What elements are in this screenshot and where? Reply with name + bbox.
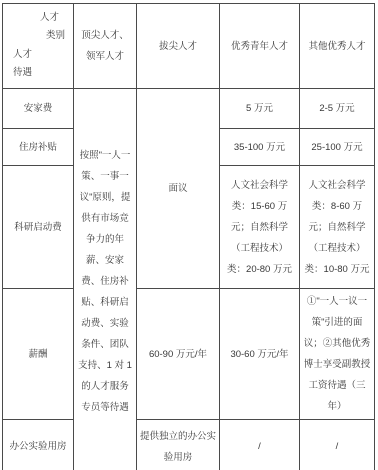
cell-research-young: 人文社会科学类：15-60 万元；自然科学（工程技术）类：20-80 万元 bbox=[220, 166, 300, 289]
corner-treatment-line1: 人才 bbox=[13, 46, 32, 64]
cell-salary-outstanding: 60-90 万元/年 bbox=[137, 289, 220, 420]
row-salary: 薪酬 60-90 万元/年 30-60 万元/年 ①"一人一议一策"引进的面议；… bbox=[3, 289, 375, 420]
cell-housing-young: 35-100 万元 bbox=[220, 129, 300, 166]
cell-office-young: / bbox=[220, 420, 300, 470]
cell-salary-other: ①"一人一议一策"引进的面议；②其他优秀博士享受副教授工资待遇（三年） bbox=[300, 289, 375, 420]
cell-settling-young: 5 万元 bbox=[220, 89, 300, 129]
column-header-outstanding-talent: 拔尖人才 bbox=[137, 4, 220, 89]
row-settling-fee: 安家费 按照"一人一策、一事一议"原则，提供有市场竞争力的年薪、安家费、住房补贴… bbox=[3, 89, 375, 129]
cell-settling-other: 2-5 万元 bbox=[300, 89, 375, 129]
corner-label-treatment: 人才 待遇 bbox=[13, 46, 32, 82]
cell-top-leading-policy: 按照"一人一策、一事一议"原则，提供有市场竞争力的年薪、安家费、住房补贴、科研启… bbox=[74, 89, 137, 470]
corner-category-line2: 类别 bbox=[46, 27, 65, 45]
corner-category-line1: 人才 bbox=[40, 9, 65, 27]
column-header-other-excellent-talent: 其他优秀人才 bbox=[300, 4, 375, 89]
cell-office-other: / bbox=[300, 420, 375, 470]
row-label-salary: 薪酬 bbox=[3, 289, 74, 420]
corner-diagonal-cell: 人才 类别 人才 待遇 bbox=[3, 4, 74, 89]
row-label-housing-subsidy: 住房补贴 bbox=[3, 129, 74, 166]
column-header-excellent-young-talent: 优秀青年人才 bbox=[220, 4, 300, 89]
column-header-top-leading-talent: 顶尖人才、 领军人才 bbox=[74, 4, 137, 89]
corner-treatment-line2: 待遇 bbox=[13, 64, 32, 82]
document-page: 人才 类别 人才 待遇 顶尖人才、 领军人才 拔尖人才 优秀青年人才 其他优秀人… bbox=[0, 0, 378, 470]
cell-research-other: 人文社会科学类：8-60 万元；自然科学（工程技术）类：10-80 万元 bbox=[300, 166, 375, 289]
corner-label-category: 人才 类别 bbox=[40, 9, 65, 45]
talent-benefits-table: 人才 类别 人才 待遇 顶尖人才、 领军人才 拔尖人才 优秀青年人才 其他优秀人… bbox=[2, 3, 375, 470]
row-label-office-lab-space: 办公实验用房 bbox=[3, 420, 74, 470]
row-office-lab-space: 办公实验用房 提供独立的办公实验用房 / / bbox=[3, 420, 375, 470]
row-label-settling-fee: 安家费 bbox=[3, 89, 74, 129]
cell-outstanding-negotiable: 面议 bbox=[137, 89, 220, 289]
cell-salary-young: 30-60 万元/年 bbox=[220, 289, 300, 420]
cell-office-outstanding: 提供独立的办公实验用房 bbox=[137, 420, 220, 470]
header-row: 人才 类别 人才 待遇 顶尖人才、 领军人才 拔尖人才 优秀青年人才 其他优秀人… bbox=[3, 4, 375, 89]
row-label-research-startup-fund: 科研启动费 bbox=[3, 166, 74, 289]
cell-housing-other: 25-100 万元 bbox=[300, 129, 375, 166]
